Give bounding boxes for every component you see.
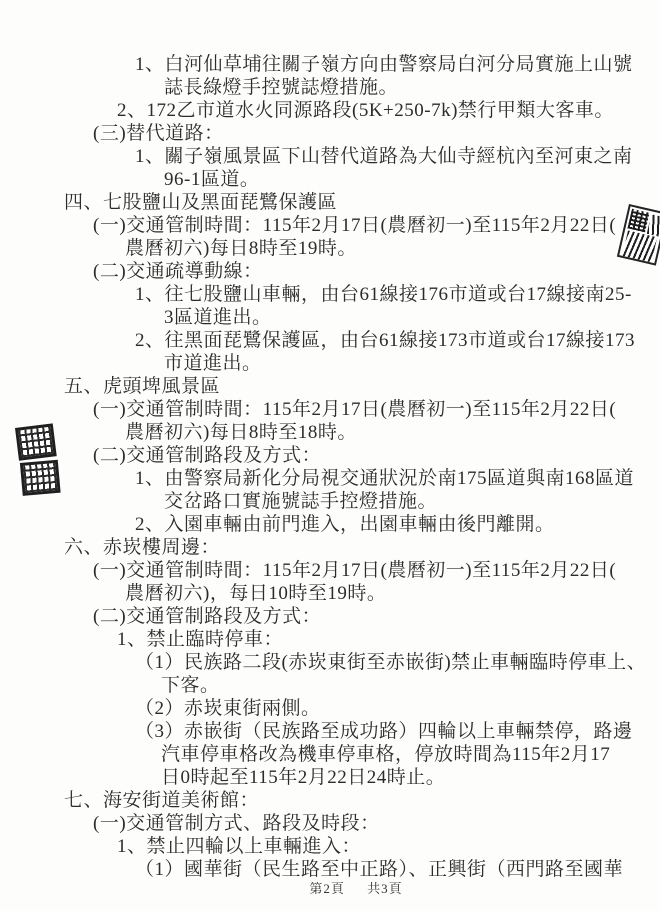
doc-line: 3區道進出。: [164, 306, 660, 329]
doc-line: 交岔路口實施號誌手控燈措施。: [164, 490, 660, 513]
doc-line: 四、七股鹽山及黑面琵鷺保護區: [64, 191, 660, 214]
doc-line: (一)交通管制方式、路段及時段：: [93, 812, 660, 835]
doc-line: 六、赤崁樓周邊：: [64, 536, 660, 559]
doc-line: 1、白河仙草埔往關子嶺方向由警察局白河分局實施上山號: [135, 53, 660, 76]
doc-line: 誌長綠燈手控號誌燈措施。: [164, 76, 660, 99]
doc-line: 市道進出。: [164, 352, 660, 375]
doc-line: (三)替代道路：: [93, 122, 660, 145]
doc-line: 日0時起至115年2月22日24時止。: [161, 766, 660, 789]
doc-line: 1、禁止四輪以上車輛進入：: [117, 835, 660, 858]
doc-line: 2、往黑面琵鷺保護區，由台61線接173市道或台17線接173: [135, 329, 660, 352]
scanned-document-page: 1、白河仙草埔往關子嶺方向由警察局白河分局實施上山號誌長綠燈手控號誌燈措施。2、…: [0, 0, 660, 911]
doc-line: 汽車停車格改為機車停車格，停放時間為115年2月17: [161, 743, 660, 766]
seal-glyph-texture: [622, 230, 657, 262]
doc-line: (一)交通管制時間：115年2月17日(農曆初一)至115年2月22日(: [93, 214, 660, 237]
doc-line: 下客。: [161, 674, 660, 697]
doc-line: （2）赤崁東街兩側。: [135, 697, 660, 720]
doc-line: 1、由警察局新化分局視交通狀況於南175區道與南168區道: [135, 467, 660, 490]
seal-square-top: [15, 423, 57, 460]
doc-line: 1、禁止臨時停車：: [117, 628, 660, 651]
doc-line: (二)交通管制路段及方式：: [93, 605, 660, 628]
doc-line: (二)交通管制路段及方式：: [93, 444, 660, 467]
document-body: 1、白河仙草埔往關子嶺方向由警察局白河分局實施上山號誌長綠燈手控號誌燈措施。2、…: [0, 53, 660, 881]
doc-line: (一)交通管制時間：115年2月17日(農曆初一)至115年2月22日(: [93, 559, 660, 582]
doc-line: 2、入園車輛由前門進入，出園車輛由後門離開。: [135, 513, 660, 536]
footer-page-number: 第2頁: [309, 881, 345, 896]
doc-line: 七、海安街道美術館：: [64, 789, 660, 812]
doc-line: 1、往七股鹽山車輛，由台61線接176市道或台17線接南25-: [135, 283, 660, 306]
doc-line: (一)交通管制時間：115年2月17日(農曆初一)至115年2月22日(: [93, 398, 660, 421]
doc-line: 1、關子嶺風景區下山替代道路為大仙寺經杭內至河東之南: [135, 145, 660, 168]
doc-line: 96-1區道。: [164, 168, 660, 191]
doc-line: 農曆初六)每日8時至18時。: [125, 421, 660, 444]
doc-line: （3）赤嵌街（民族路至成功路）四輪以上車輛禁停，路邊: [135, 720, 660, 743]
doc-line: 五、虎頭埤風景區: [64, 375, 660, 398]
seal-glyph-texture: [647, 214, 660, 236]
doc-line: 農曆初六)每日8時至19時。: [125, 237, 660, 260]
footer-total-pages: 共3頁: [367, 881, 403, 896]
doc-line: 農曆初六)，每日10時至19時。: [125, 582, 660, 605]
doc-line: （1）民族路二段(赤崁東街至赤嵌街)禁止車輛臨時停車上、: [135, 651, 660, 674]
doc-line: 2、172乙市道水火同源路段(5K+250-7k)禁行甲類大客車。: [117, 99, 660, 122]
seal-square-bottom: [20, 460, 61, 496]
page-footer: 第2頁 共3頁: [26, 878, 660, 897]
doc-line: (二)交通疏導動線：: [93, 260, 660, 283]
seal-glyph-texture: [627, 209, 649, 233]
